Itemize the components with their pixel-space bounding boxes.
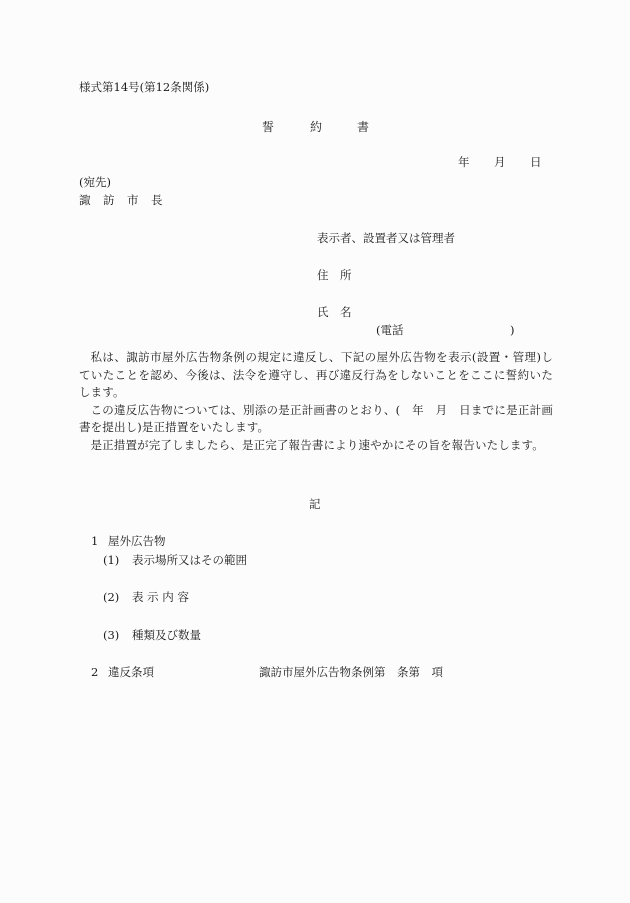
pledge-paragraph: 私は、諏訪市屋外広告物条例の規定に違反し、下記の屋外広告物を表示(設置・管理)し…: [79, 349, 553, 402]
addressee-char: 市: [127, 193, 139, 207]
record-heading: 記: [309, 497, 321, 511]
pledge-paragraph: この違反広告物については、別添の是正計画書のとおり、( 年 月 日までに是正計画…: [79, 402, 553, 437]
item-label: 屋外広告物: [108, 534, 166, 548]
subitem-label: 表示場所又はその範囲: [132, 553, 247, 567]
date-year: 年: [458, 155, 470, 169]
subitem-number: (1): [103, 553, 119, 567]
date-day: 日: [530, 155, 542, 169]
subitem-label: 種類及び数量: [132, 628, 201, 642]
phone-open: (電話: [376, 323, 404, 337]
document-page: 様式第14号(第12条関係) 誓 約 書 年 月 日 (宛先) 諏 訪 市 長 …: [0, 0, 630, 903]
item-number: 2: [91, 665, 98, 679]
name-label: 氏 名: [317, 305, 352, 319]
addressee-prefix: (宛先): [79, 175, 111, 189]
item-number: 1: [91, 534, 98, 548]
address-label: 住 所: [317, 268, 352, 282]
violation-clause-value: 諏訪市屋外広告物条例第 条第 項: [259, 665, 443, 679]
addressee-char: 諏: [79, 193, 91, 207]
pledge-body: 私は、諏訪市屋外広告物条例の規定に違反し、下記の屋外広告物を表示(設置・管理)し…: [79, 349, 553, 455]
subitem-label: 表 示 内 容: [132, 590, 189, 604]
subitem-number: (2): [103, 590, 119, 604]
applicant-role: 表示者、設置者又は管理者: [317, 231, 455, 245]
addressee-char: 訪: [103, 193, 115, 207]
title-char: 誓: [262, 118, 274, 135]
form-number-label: 様式第14号(第12条関係): [79, 80, 209, 94]
pledge-paragraph: 是正措置が完了しましたら、是正完了報告書により速やかにその旨を報告いたします。: [79, 437, 553, 455]
subitem-number: (3): [103, 628, 119, 642]
date-month: 月: [494, 155, 506, 169]
addressee-char: 長: [151, 193, 163, 207]
item-label: 違反条項: [108, 665, 154, 679]
title-char: 約: [310, 118, 322, 135]
title-char: 書: [357, 118, 369, 135]
phone-close: ): [510, 323, 515, 337]
